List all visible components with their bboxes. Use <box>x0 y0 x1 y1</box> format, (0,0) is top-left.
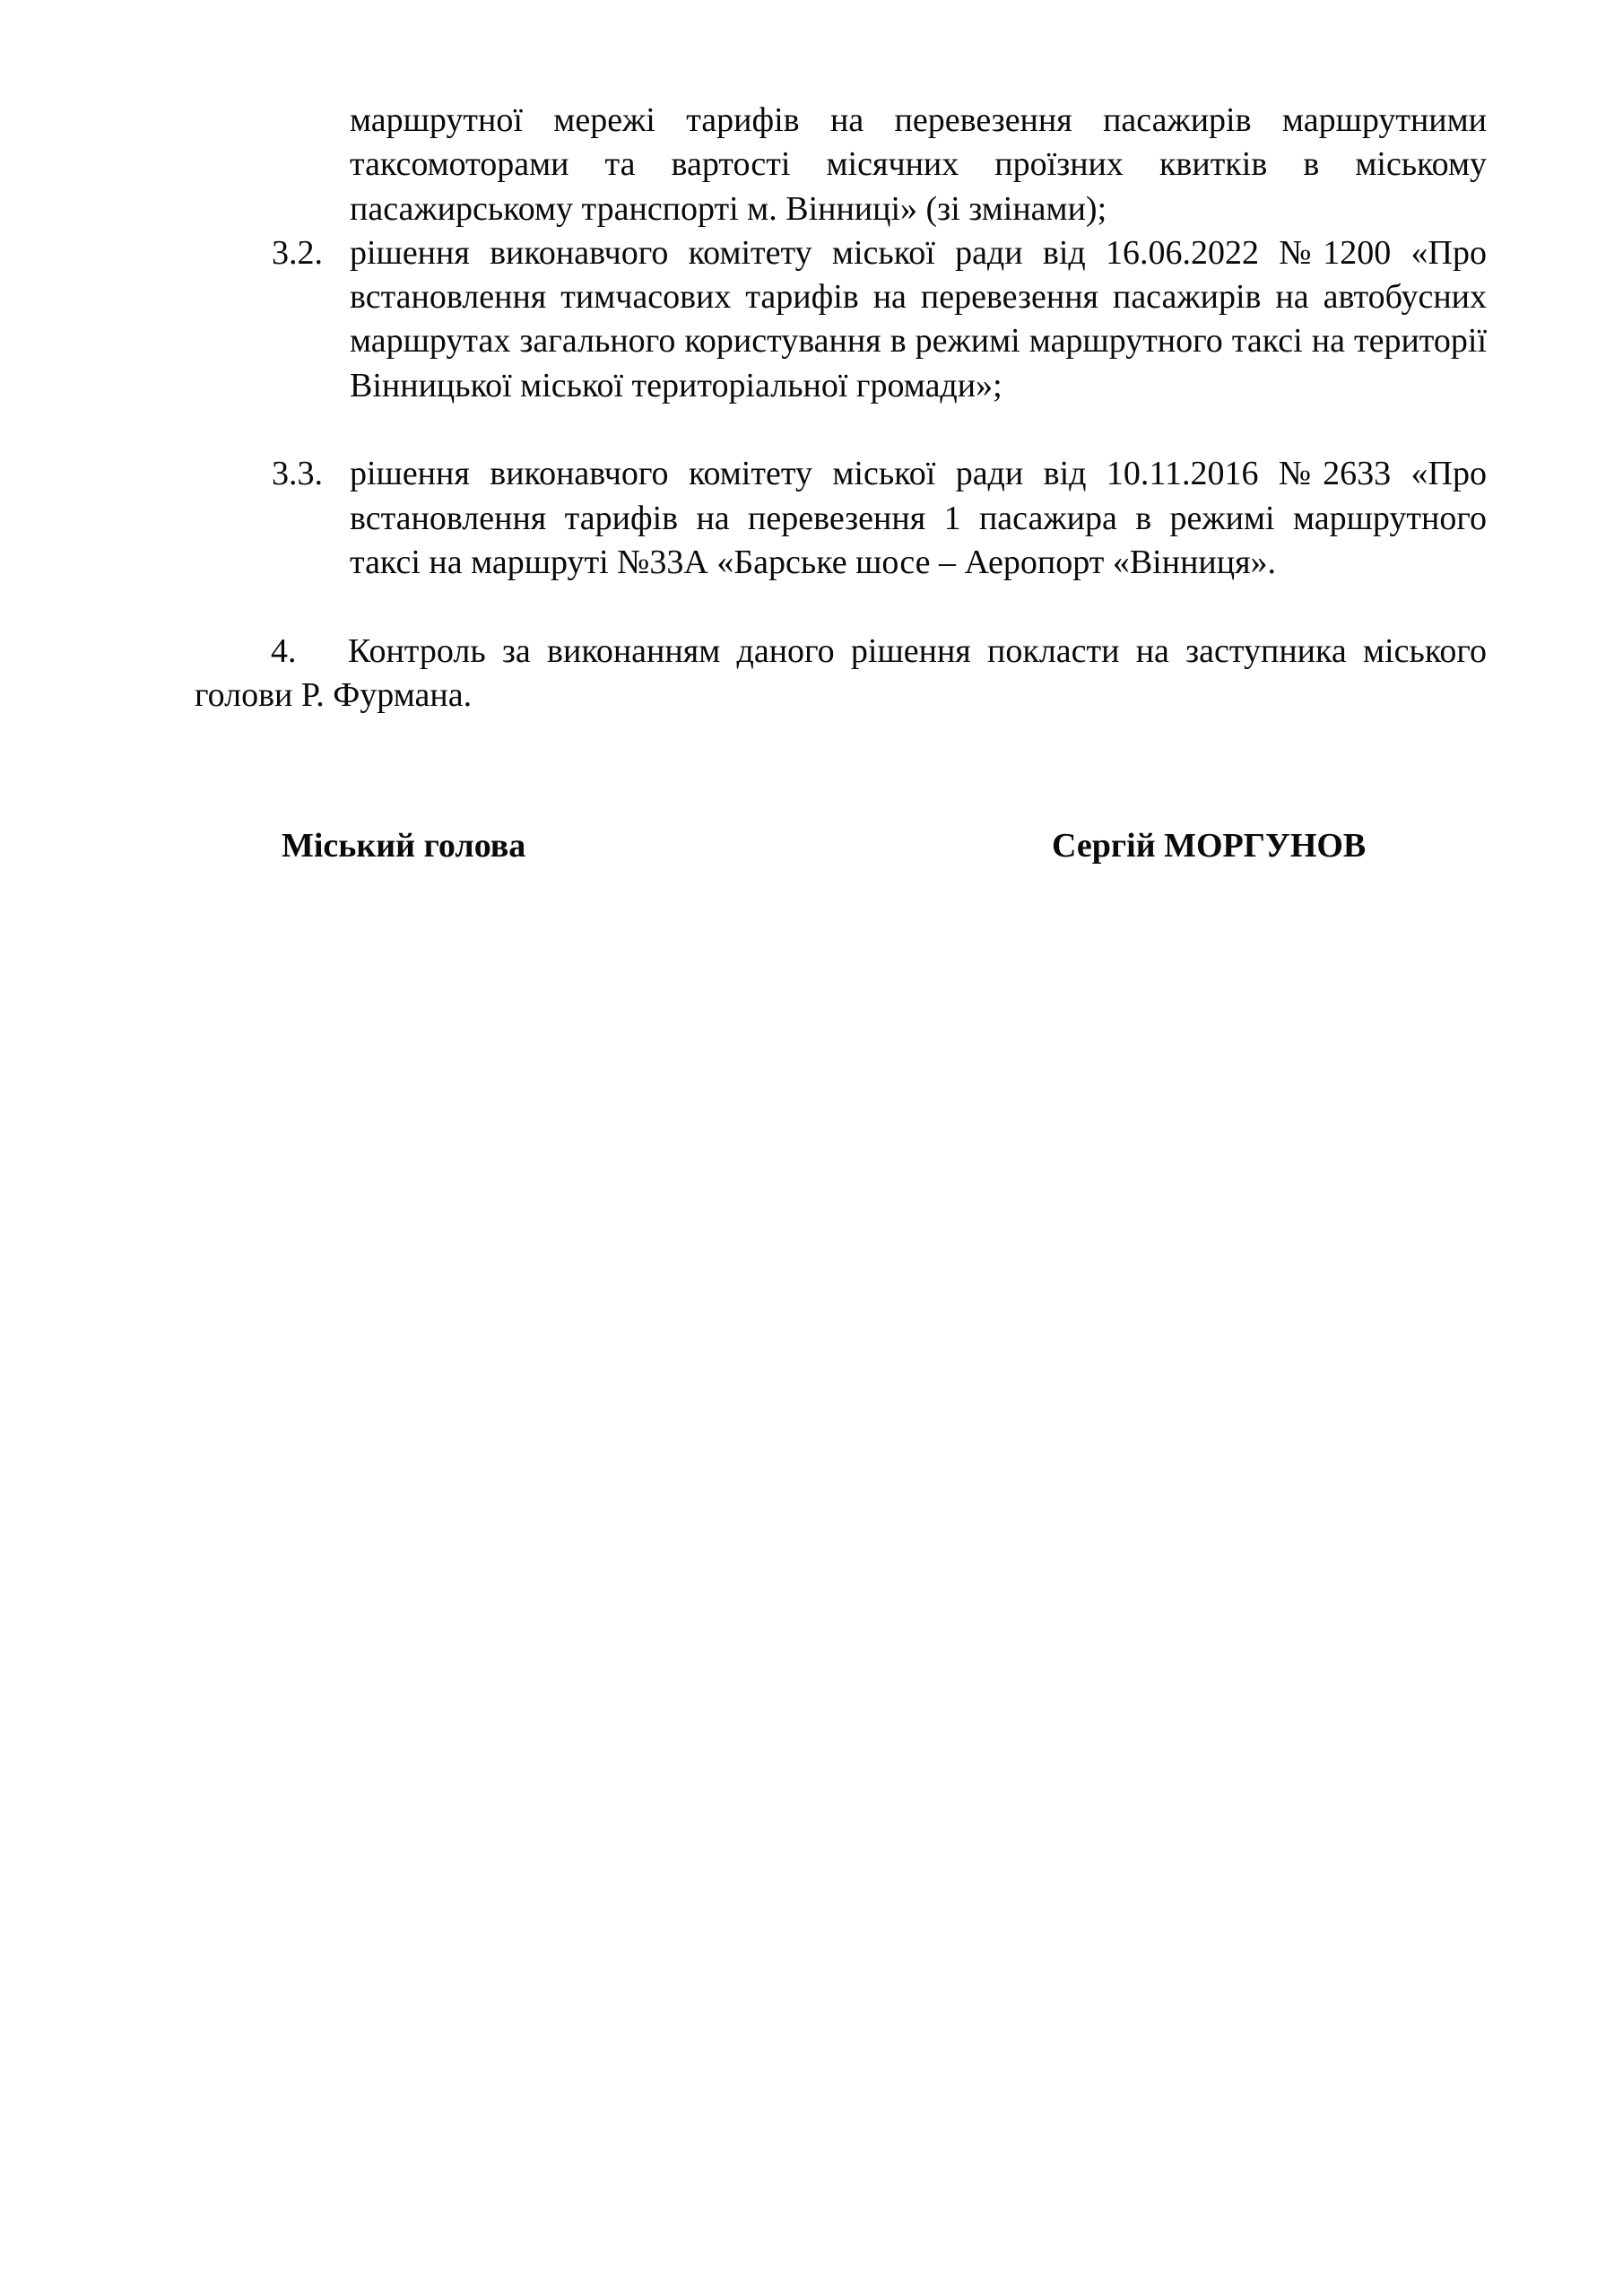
signature-name: Сергій МОРГУНОВ <box>1052 824 1366 868</box>
item-text: рішення виконавчого комітету міської рад… <box>350 452 1487 585</box>
item-number: 3.2. <box>272 231 323 275</box>
item-number: 3.3. <box>272 452 323 496</box>
continuation-paragraph: маршрутної мережі тарифів на перевезення… <box>350 99 1487 231</box>
signature-title: Міський голова <box>282 824 525 868</box>
item-text: рішення виконавчого комітету міської рад… <box>350 231 1487 408</box>
document-page: маршрутної мережі тарифів на перевезення… <box>0 0 1623 2296</box>
item-text: Контроль за виконанням даного рішення по… <box>195 630 1487 718</box>
